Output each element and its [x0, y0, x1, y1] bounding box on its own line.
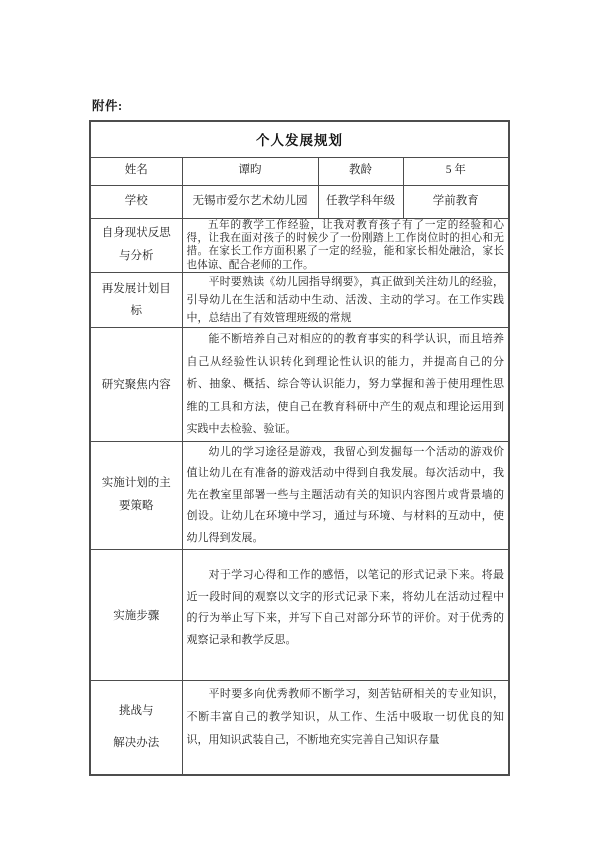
section-content-self-reflection: 五年的教学工作经验，让我对教育孩子有了一定的经验和心得，让我在面对孩子的时候少了… — [182, 218, 509, 273]
teaching-age-value: 5 年 — [403, 157, 509, 185]
personal-development-plan-table: 个人发展规划 姓名 谭昀 教龄 5 年 学校 无锡市爱尔艺术幼儿园 任教学科年级… — [89, 120, 510, 776]
teaching-age-label: 教龄 — [318, 157, 403, 185]
section-label-self-reflection: 自身现状反思 与分析 — [90, 218, 182, 273]
section-content-main-strategy: 幼儿的学习途径是游戏，我留心到发掘每一个活动的游戏价值让幼儿在有准备的游戏活动中… — [182, 441, 509, 550]
section-label-development-goal: 再发展计划目 标 — [90, 273, 182, 328]
table-title: 个人发展规划 — [90, 121, 509, 157]
attachment-label: 附件: — [92, 96, 123, 114]
section-label-challenges-solutions: 挑战与 解决办法 — [90, 681, 182, 775]
section-row-self-reflection: 自身现状反思 与分析 五年的教学工作经验，让我对教育孩子有了一定的经验和心得，让… — [90, 218, 509, 273]
section-content-research-focus: 能不断培养自己对相应的的教育事实的科学认识，而且培养自己从经验性认识转化到理论性… — [182, 328, 509, 442]
name-value: 谭昀 — [182, 157, 318, 185]
section-row-research-focus: 研究聚焦内容 能不断培养自己对相应的的教育事实的科学认识，而且培养自己从经验性认… — [90, 328, 509, 442]
info-row-name: 姓名 谭昀 教龄 5 年 — [90, 157, 509, 185]
section-label-main-strategy: 实施计划的主 要策略 — [90, 441, 182, 550]
info-row-school: 学校 无锡市爱尔艺术幼儿园 任教学科年级 学前教育 — [90, 185, 509, 218]
subject-grade-label: 任教学科年级 — [318, 185, 403, 218]
section-content-development-goal: 平时要熟读《幼儿园指导纲要》，真正做到关注幼儿的经验，引导幼儿在生活和活动中生动… — [182, 273, 509, 328]
subject-grade-value: 学前教育 — [403, 185, 509, 218]
section-content-challenges-solutions: 平时要多向优秀教师不断学习，刻苦钻研相关的专业知识，不断丰富自己的教学知识，从工… — [182, 681, 509, 775]
section-row-challenges-solutions: 挑战与 解决办法 平时要多向优秀教师不断学习，刻苦钻研相关的专业知识，不断丰富自… — [90, 681, 509, 775]
section-row-implementation-steps: 实施步骤 对于学习心得和工作的感悟，以笔记的形式记录下来。将最近一段时间的观察以… — [90, 550, 509, 681]
school-label: 学校 — [90, 185, 182, 218]
section-row-development-goal: 再发展计划目 标 平时要熟读《幼儿园指导纲要》，真正做到关注幼儿的经验，引导幼儿… — [90, 273, 509, 328]
section-label-research-focus: 研究聚焦内容 — [90, 328, 182, 442]
section-content-implementation-steps: 对于学习心得和工作的感悟，以笔记的形式记录下来。将最近一段时间的观察以文字的形式… — [182, 550, 509, 681]
title-row: 个人发展规划 — [90, 121, 509, 157]
name-label: 姓名 — [90, 157, 182, 185]
section-label-implementation-steps: 实施步骤 — [90, 550, 182, 681]
school-value: 无锡市爱尔艺术幼儿园 — [182, 185, 318, 218]
section-row-main-strategy: 实施计划的主 要策略 幼儿的学习途径是游戏，我留心到发掘每一个活动的游戏价值让幼… — [90, 441, 509, 550]
document-page: 附件: 个人发展规划 姓名 谭昀 教龄 5 年 学校 无锡市爱尔艺术幼儿园 任教… — [0, 0, 595, 842]
